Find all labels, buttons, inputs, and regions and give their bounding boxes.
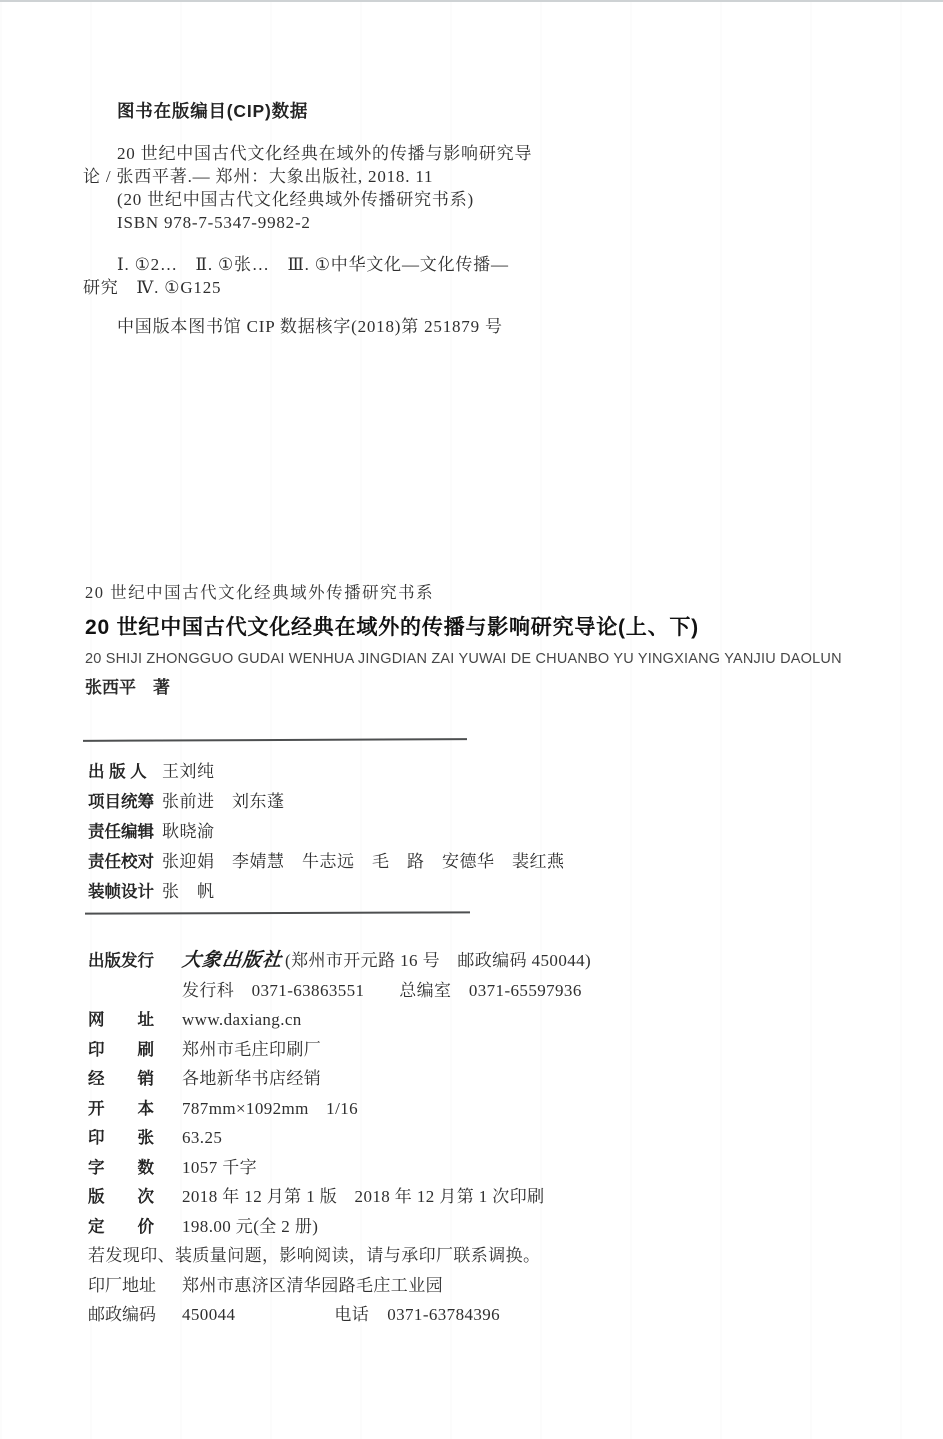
staff-row-publisher-person: 出 版 人 王刘纯 — [88, 757, 848, 787]
printer-address-value: 郑州市惠济区清华园路毛庄工业园 — [182, 1276, 443, 1295]
cip-block: 图书在版编目(CIP)数据 20 世纪中国古代文化经典在域外的传播与影响研究导 … — [83, 100, 703, 338]
row-label: 字 数 — [88, 1154, 178, 1184]
staff-label: 责任校对 — [88, 847, 158, 877]
cip-classification-line-1: Ⅰ. ①2… Ⅱ. ①张… Ⅲ. ①中华文化—文化传播— — [83, 253, 703, 276]
scan-edge-artifact — [0, 0, 943, 2]
author-line: 张西平 著 — [85, 677, 915, 699]
printer-address-row: 印厂地址 郑州市惠济区清华园路毛庄工业园 — [88, 1271, 888, 1301]
isbn-line: ISBN 978-7-5347-9982-2 — [83, 211, 703, 234]
copyright-page: 图书在版编目(CIP)数据 20 世纪中国古代文化经典在域外的传播与影响研究导 … — [0, 0, 943, 1439]
cip-record-number: 中国版本图书馆 CIP 数据核字(2018)第 251879 号 — [83, 315, 703, 338]
postcode-row: 邮政编码 450044电话0371-63784396 — [88, 1300, 888, 1330]
staff-label: 装帧设计 — [88, 877, 158, 907]
staff-row-proofreaders: 责任校对 张迎娟 李婧慧 牛志远 毛 路 安德华 裴红燕 — [88, 847, 848, 877]
publisher-row: 出版发行 大象出版社(郑州市开元路 16 号 邮政编码 450044) — [88, 946, 888, 976]
printer-address-label: 印厂地址 — [88, 1271, 178, 1301]
staff-label: 出 版 人 — [88, 757, 158, 787]
wordcount-row: 字 数 1057 千字 — [88, 1153, 888, 1183]
row-value: 1057 千字 — [182, 1158, 257, 1177]
phones-row: 发行科 0371-63863551 总编室 0371-65597936 — [88, 976, 888, 1006]
row-value: 各地新华书店经销 — [182, 1069, 321, 1088]
quality-notice: 若发现印、装质量问题，影响阅读，请与承印厂联系调换。 — [88, 1246, 540, 1265]
staff-row-project-coordinators: 项目统筹 张前进 刘东蓬 — [88, 787, 848, 817]
printing-row: 印 刷 郑州市毛庄印刷厂 — [88, 1035, 888, 1065]
staff-label: 责任编辑 — [88, 817, 158, 847]
title-block: 20 世纪中国古代文化经典域外传播研究书系 20 世纪中国古代文化经典在域外的传… — [85, 583, 915, 699]
cip-classification-line-2: 研究 Ⅳ. ①G125 — [83, 276, 703, 299]
row-label: 开 本 — [88, 1095, 178, 1125]
row-label: 经 销 — [88, 1065, 178, 1095]
book-title-pinyin: 20 SHIJI ZHONGGUO GUDAI WENHUA JINGDIAN … — [85, 650, 915, 668]
divider-top — [83, 738, 467, 742]
staff-credits-block: 出 版 人 王刘纯 项目统筹 张前进 刘东蓬 责任编辑 耿晓渝 责任校对 张迎娟… — [88, 757, 848, 907]
staff-value: 耿晓渝 — [162, 822, 215, 841]
cip-description-line-1: 20 世纪中国古代文化经典在域外的传播与影响研究导 — [83, 142, 703, 165]
row-label: 网 址 — [88, 1006, 178, 1036]
sheets-row: 印 张 63.25 — [88, 1123, 888, 1153]
row-label: 印 刷 — [88, 1036, 178, 1066]
row-label: 印 张 — [88, 1124, 178, 1154]
cip-heading: 图书在版编目(CIP)数据 — [83, 100, 703, 123]
divider-bottom — [85, 911, 470, 914]
staff-label: 项目统筹 — [88, 787, 158, 817]
publishing-info-block: 出版发行 大象出版社(郑州市开元路 16 号 邮政编码 450044) 发行科 … — [88, 946, 888, 1330]
row-value: www.daxiang.cn — [182, 1010, 302, 1029]
series-title: 20 世纪中国古代文化经典域外传播研究书系 — [85, 583, 915, 603]
phone-label: 电话 — [334, 1305, 369, 1324]
row-label: 版 次 — [88, 1183, 178, 1213]
row-value: 2018 年 12 月第 1 版 2018 年 12 月第 1 次印刷 — [182, 1187, 545, 1206]
staff-row-designer: 装帧设计 张 帆 — [88, 877, 848, 907]
row-label: 定 价 — [88, 1213, 178, 1243]
row-value: 63.25 — [182, 1128, 222, 1147]
staff-value: 张迎娟 李婧慧 牛志远 毛 路 安德华 裴红燕 — [162, 852, 565, 871]
phones-value: 发行科 0371-63863551 总编室 0371-65597936 — [182, 981, 582, 1000]
row-value: 198.00 元(全 2 册) — [182, 1217, 318, 1236]
publisher-value: 大象出版社(郑州市开元路 16 号 邮政编码 450044) — [182, 951, 591, 970]
row-value: 787mm×1092mm 1/16 — [182, 1099, 358, 1118]
postcode-value: 450044 — [182, 1305, 235, 1324]
staff-value: 张 帆 — [162, 882, 215, 901]
publisher-label: 出版发行 — [88, 947, 178, 977]
staff-row-editor: 责任编辑 耿晓渝 — [88, 817, 848, 847]
price-row: 定 价 198.00 元(全 2 册) — [88, 1212, 888, 1242]
row-value: 郑州市毛庄印刷厂 — [182, 1040, 321, 1059]
website-row: 网 址 www.daxiang.cn — [88, 1005, 888, 1035]
publisher-address: (郑州市开元路 16 号 邮政编码 450044) — [285, 951, 591, 970]
staff-value: 张前进 刘东蓬 — [162, 792, 285, 811]
edition-row: 版 次 2018 年 12 月第 1 版 2018 年 12 月第 1 次印刷 — [88, 1182, 888, 1212]
quality-notice-row: 若发现印、装质量问题，影响阅读，请与承印厂联系调换。 — [88, 1241, 888, 1271]
publisher-logo: 大象出版社 — [180, 946, 283, 976]
distribution-row: 经 销 各地新华书店经销 — [88, 1064, 888, 1094]
phone-value: 0371-63784396 — [387, 1305, 500, 1324]
staff-value: 王刘纯 — [162, 762, 215, 781]
postcode-value-group: 450044电话0371-63784396 — [182, 1305, 500, 1324]
cip-series-line: (20 世纪中国古代文化经典域外传播研究书系) — [83, 188, 703, 211]
book-title: 20 世纪中国古代文化经典在域外的传播与影响研究导论(上、下) — [85, 614, 915, 641]
format-row: 开 本 787mm×1092mm 1/16 — [88, 1094, 888, 1124]
postcode-label: 邮政编码 — [88, 1300, 178, 1330]
cip-description-line-2: 论 / 张西平著.— 郑州：大象出版社, 2018. 11 — [83, 165, 703, 188]
